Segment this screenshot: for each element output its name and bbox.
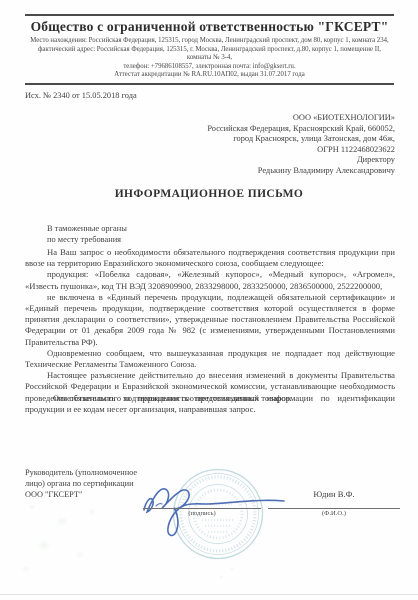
signature-caption: (подпись) [143,510,261,517]
recipient-block: ООО «БИОТЕХНОЛОГИИ» Российская Федерация… [207,113,395,177]
addressee-note-line-2: по месту требования [47,235,127,246]
signer-position-line-1: Руководитель (уполномоченное [25,468,137,479]
org-name: Общество с ограниченной ответственностью… [25,19,394,35]
letterhead-contact-line: телефон: +79686108557, электронная почта… [25,63,394,72]
letterhead-address-line-1: Место нахождения: Российская Федерация, … [25,37,394,46]
letterhead-address-line-2: фактический адрес: Российская Федерация,… [25,46,394,55]
letterhead-address-line-3: комнаты № 3-4, [25,54,394,63]
body-paragraph-4: Одновременно сообщаем, что вышеуказанная… [25,348,395,370]
signer-position-line-2: лицо) органа по сертификации [25,479,137,490]
scan-edge-line [0,594,418,595]
letterhead-accreditation-line: Аттестат аккредитации № RA.RU.10АП02, вы… [25,71,394,80]
name-caption: (Ф.И.О.) [268,510,400,517]
name-line [268,508,400,509]
recipient-person: Редькину Владимиру Александровичу [207,166,395,177]
body-paragraph-2: продукция: «Побелка садовая», «Железный … [25,269,395,291]
recipient-ogrn: ОГРН 1122468023622 [207,145,395,156]
recipient-address-line-2: город Красноярск, улица Затонская, дом 4… [207,134,395,145]
recipient-position: Директору [207,155,395,166]
signer-position-line-3: ООО "ГКСЕРТ" [25,490,137,501]
letterhead: Общество с ограниченной ответственностью… [25,14,394,85]
recipient-org: ООО «БИОТЕХНОЛОГИИ» [207,113,395,124]
body-paragraph-1: На Ваш запрос о необходимости обязательн… [25,247,395,269]
signer-position: Руководитель (уполномоченное лицо) орган… [25,468,137,500]
body-paragraph-3: не включена в «Единый перечень продукции… [25,292,395,348]
responsibility-paragraph: Ответственность за правильность предоста… [25,393,395,415]
signer-name: Юдин В.Ф. [268,489,400,499]
signature-block: Руководитель (уполномоченное лицо) орган… [25,468,395,528]
recipient-address-line-1: Российская Федерация, Красноярский Край,… [207,124,395,135]
outgoing-reference: Исх. № 2340 от 15.05.2018 года [25,91,137,100]
addressee-note-line-1: В таможенные органы [47,224,127,235]
body-text: На Ваш запрос о необходимости обязательн… [25,247,395,404]
document-title: ИНФОРМАЦИОННОЕ ПИСЬМО [0,188,418,200]
document-page: Общество с ограниченной ответственностью… [0,0,418,600]
addressee-note: В таможенные органы по месту требования [47,224,127,246]
signature-line [143,508,261,509]
